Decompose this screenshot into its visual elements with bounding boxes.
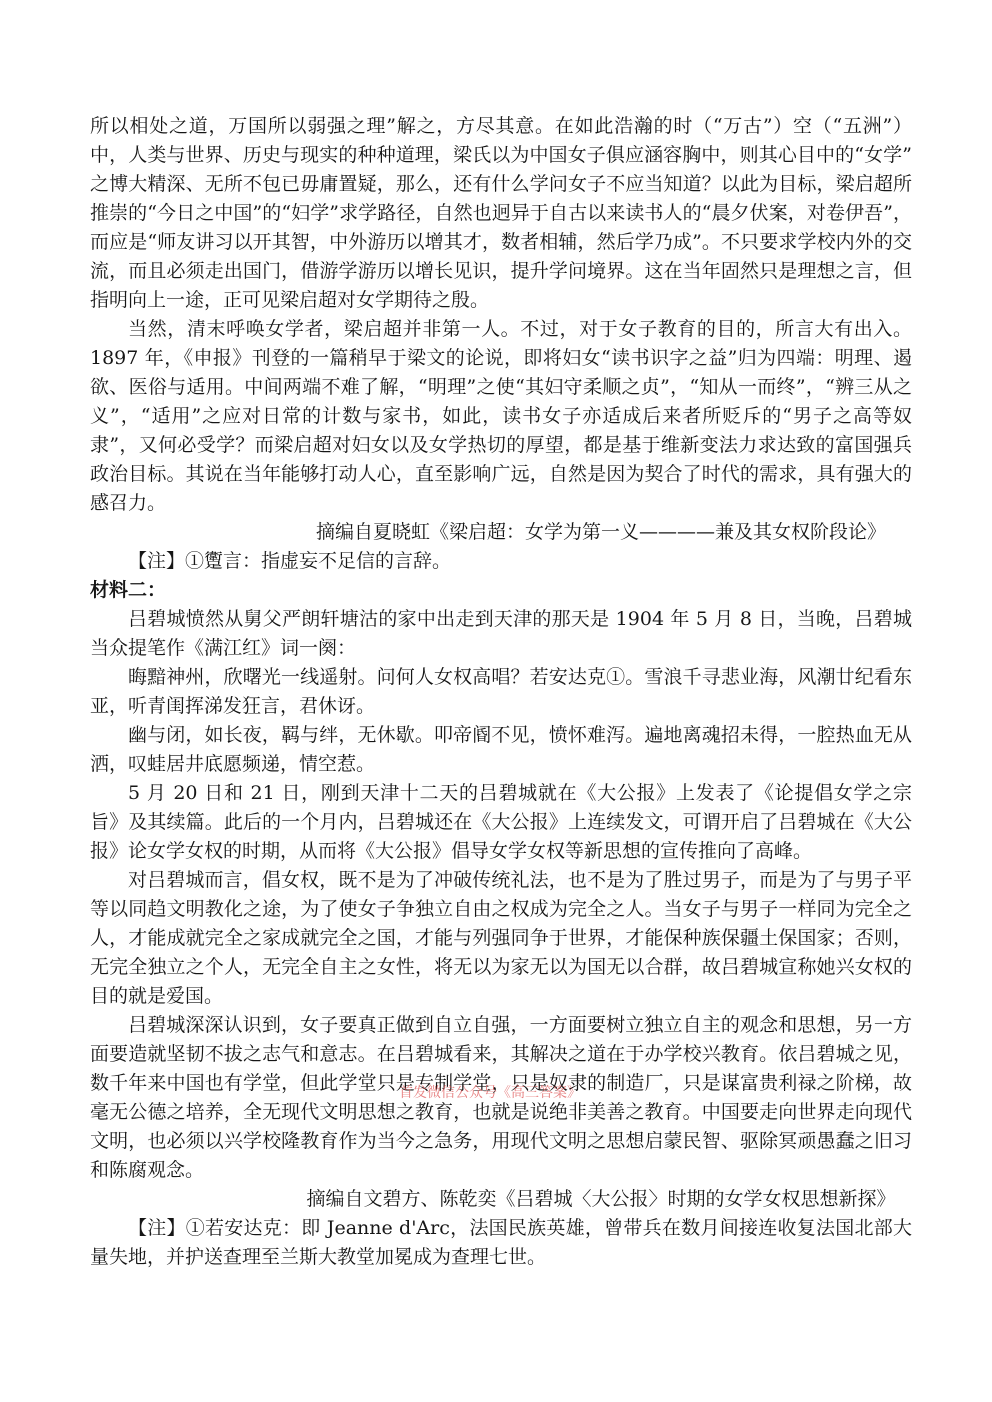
scanned-exam-page: 所以相处之道，万国所以弱强之理”解之，方尽其意。在如此浩瀚的时（“万古”）空（“…: [0, 0, 992, 1402]
paragraph-material1-continuation: 所以相处之道，万国所以弱强之理”解之，方尽其意。在如此浩瀚的时（“万古”）空（“…: [90, 112, 912, 315]
poem-stanza-2: 幽与闭，如长夜，羁与绊，无休歇。叩帝阍不见，愤怀难泻。遍地离魂招未得，一腔热血无…: [90, 721, 912, 779]
source-attribution-material1: 摘编自夏晓虹《梁启超：女学为第一义————兼及其女权阶段论》: [90, 518, 912, 547]
paragraph-lvbicheng-intro: 吕碧城愤然从舅父严朗轩塘沽的家中出走到天津的那天是 1904 年 5 月 8 日…: [90, 605, 912, 663]
paragraph-material1-shenbao: 当然，清末呼唤女学者，梁启超并非第一人。不过，对于女子教育的目的，所言大有出入。…: [90, 315, 912, 518]
paragraph-changnvquan: 对吕碧城而言，倡女权，既不是为了冲破传统礼法，也不是为了胜过男子，而是为了与男子…: [90, 866, 912, 1011]
paragraph-dagongbao: 5 月 20 日和 21 日，刚到天津十二天的吕碧城就在《大公报》上发表了《论提…: [90, 779, 912, 866]
material-two-heading: 材料二：: [90, 576, 912, 605]
footnote-material2: 【注】①若安达克：即 Jeanne d'Arc，法国民族英雄，曾带兵在数月间接连…: [90, 1214, 912, 1272]
poem-stanza-1: 晦黯神州，欣曙光一线遥射。问何人女权高唱？若安达克①。雪浪千寻悲业海，风潮廿纪看…: [90, 663, 912, 721]
document-body: 所以相处之道，万国所以弱强之理”解之，方尽其意。在如此浩瀚的时（“万古”）空（“…: [90, 112, 912, 1272]
paragraph-education: 吕碧城深深认识到，女子要真正做到自立自强，一方面要树立独立自主的观念和思想，另一…: [90, 1011, 912, 1185]
source-attribution-material2: 摘编自文碧方、陈乾奕《吕碧城〈大公报〉时期的女学女权思想新探》: [90, 1185, 912, 1214]
footnote-material1: 【注】①躗言：指虚妄不足信的言辞。: [90, 547, 912, 576]
